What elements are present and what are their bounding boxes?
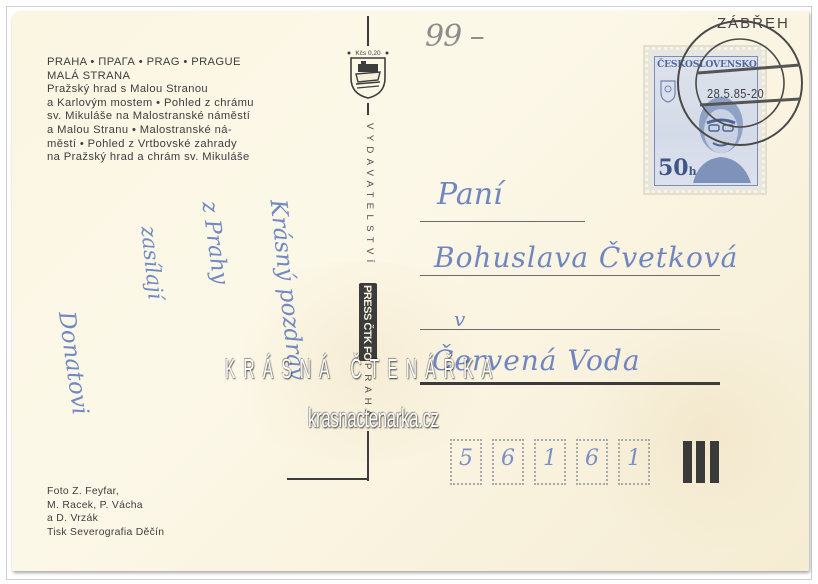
caption-line: na Pražský hrad a chrám sv. Mikuláše: [47, 151, 254, 165]
postage-stamp: ČESKOSLOVENSKO 50h: [645, 47, 765, 193]
postal-code-box: 5: [450, 439, 482, 485]
credit-line: M. Racek, P. Vácha: [47, 499, 164, 513]
postal-code-box: 1: [534, 439, 566, 485]
caption-line: a Karlovým mostem • Pohled z chrámu: [47, 97, 254, 111]
coat-of-arms-icon: [659, 79, 677, 103]
address-rule: [420, 221, 585, 222]
caption-subheading: MALÁ STRANA: [47, 70, 254, 84]
center-divider: [367, 103, 369, 115]
postal-code-bars-icon: [683, 441, 723, 483]
caption-line: městí • Pohled z Vrtbovské zahrady: [47, 138, 254, 152]
credits-block: Foto Z. Feyfar, M. Racek, P. Vácha a D. …: [47, 485, 164, 539]
credit-line: Tisk Severografia Děčín: [47, 526, 164, 540]
caption-line: sv. Mikuláše na Malostranské náměstí: [47, 110, 254, 124]
message-line: Donatovi: [53, 310, 93, 417]
postmark-date: 28.5.85-20: [707, 86, 764, 101]
address-rule: [420, 329, 720, 330]
caption-line: Pražský hrad s Malou Stranou: [47, 83, 254, 97]
stamp-country: ČESKOSLOVENSKO: [657, 59, 755, 70]
watermark-title: KRÁSNÁ ČTENÁŘKA: [225, 353, 500, 385]
address-line-3: v: [454, 307, 465, 331]
postal-code-box: 6: [492, 439, 524, 485]
publisher-logo-icon: Kčs 0,20: [345, 48, 391, 100]
credit-line: a D. Vrzák: [47, 512, 164, 526]
address-line-2: Bohuslava Čvetková: [434, 241, 738, 274]
price-note: 99 –: [425, 19, 484, 54]
caption-heading: PRAHA • ПРАГА • PRAG • PRAGUE: [47, 56, 254, 70]
credit-line: Foto Z. Feyfar,: [47, 485, 164, 499]
message-line: zasílají: [136, 225, 168, 301]
address-line-1: Paní: [437, 177, 503, 212]
watermark-url: krasnactenarka.cz: [308, 403, 439, 434]
address-rule: [420, 275, 720, 276]
postmark-town: ZÁBŘEH: [717, 15, 790, 32]
svg-text:Kčs 0,20: Kčs 0,20: [355, 50, 381, 57]
center-divider: [367, 431, 369, 481]
publisher-label: VYDAVATELSTVÍ: [361, 123, 375, 268]
postcard: PRAHA • ПРАГА • PRAG • PRAGUE MALÁ STRAN…: [12, 11, 809, 571]
postal-code-box: 6: [576, 439, 608, 485]
stamp-value: 50h: [658, 155, 697, 181]
center-divider: [367, 16, 369, 46]
center-divider-foot: [287, 478, 369, 480]
caption-block: PRAHA • ПРАГА • PRAG • PRAGUE MALÁ STRAN…: [47, 56, 254, 165]
postal-code-box: 1: [618, 439, 650, 485]
message-line: z Prahy: [196, 200, 232, 286]
press-foto-logo: PRESS ČTK FOTO: [359, 283, 377, 361]
caption-line: a Malou Stranu • Malostranské ná-: [47, 124, 254, 138]
